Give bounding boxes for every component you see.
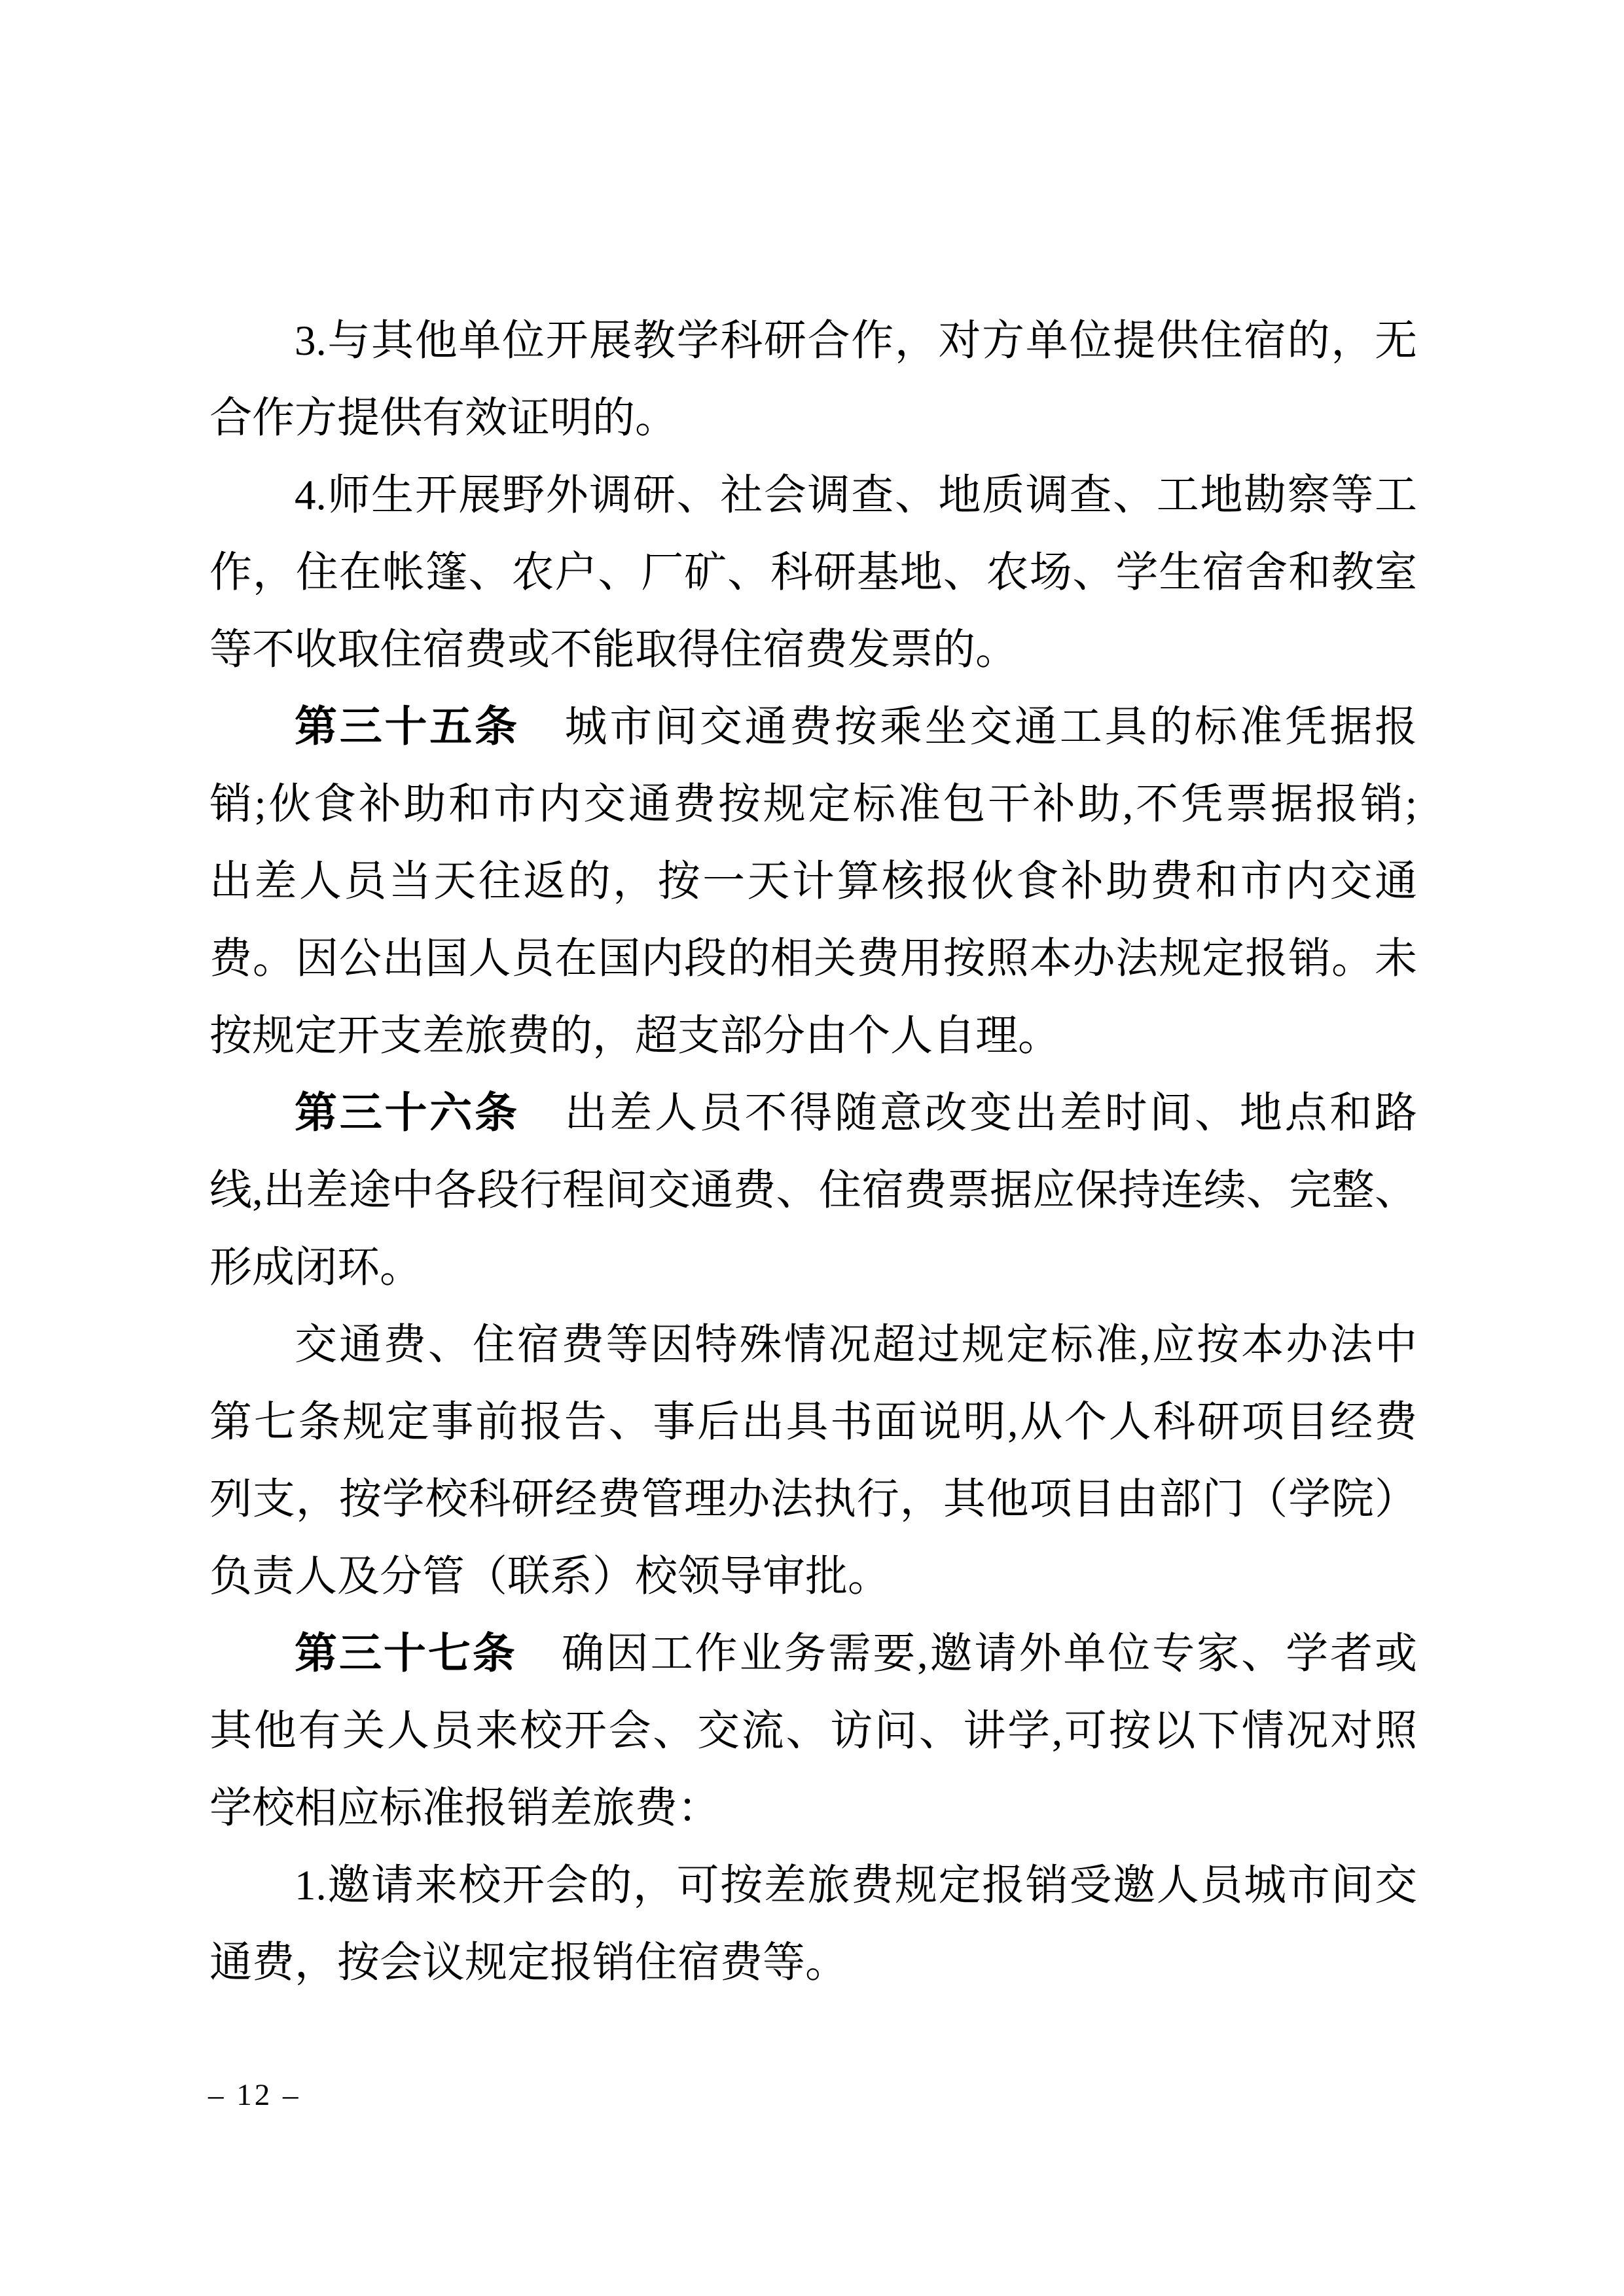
paragraph-line: 第七条规定事前报告、事后出具书面说明,从个人科研项目经费 <box>209 1384 1417 1461</box>
paragraph-line: 等不收取住宿费或不能取得住宿费发票的。 <box>209 611 1417 689</box>
paragraph-line: 通费，按会议规定报销住宿费等。 <box>209 1924 1417 2001</box>
paragraph-line: 1.邀请来校开会的，可按差旅费规定报销受邀人员城市间交 <box>209 1847 1417 1924</box>
paragraph-line: 负责人及分管（联系）校领导审批。 <box>209 1538 1417 1615</box>
article-37-heading: 第三十七条 <box>295 1630 517 1677</box>
paragraph-text: 出差人员不得随意改变出差时间、地点和路 <box>520 1090 1417 1137</box>
paragraph-line: 作，住在帐篷、农户、厂矿、科研基地、农场、学生宿舍和教室 <box>209 534 1417 611</box>
paragraph-line: 销;伙食补助和市内交通费按规定标准包干补助,不凭票据报销; <box>209 766 1417 843</box>
paragraph-line: 费。因公出国人员在国内段的相关费用按照本办法规定报销。未 <box>209 920 1417 997</box>
paragraph-line: 学校相应标准报销差旅费： <box>209 1770 1417 1847</box>
paragraph-line: 第三十六条 出差人员不得随意改变出差时间、地点和路 <box>209 1075 1417 1152</box>
paragraph-line: 3.与其他单位开展教学科研合作，对方单位提供住宿的，无 <box>209 302 1417 380</box>
paragraph-line: 4.师生开展野外调研、社会调查、地质调查、工地勘察等工 <box>209 457 1417 534</box>
document-page: 3.与其他单位开展教学科研合作，对方单位提供住宿的，无 合作方提供有效证明的。 … <box>0 0 1624 2296</box>
paragraph-text: 确因工作业务需要,邀请外单位专家、学者或 <box>517 1630 1417 1677</box>
paragraph-line: 交通费、住宿费等因特殊情况超过规定标准,应按本办法中 <box>209 1306 1417 1384</box>
paragraph-line: 列支，按学校科研经费管理办法执行，其他项目由部门（学院） <box>209 1461 1417 1538</box>
paragraph-line: 出差人员当天往返的，按一天计算核报伙食补助费和市内交通 <box>209 843 1417 920</box>
document-text-block: 3.与其他单位开展教学科研合作，对方单位提供住宿的，无 合作方提供有效证明的。 … <box>209 302 1417 2001</box>
page-number: – 12 – <box>208 2076 301 2114</box>
article-36-heading: 第三十六条 <box>295 1090 520 1137</box>
paragraph-text: 城市间交通费按乘坐交通工具的标准凭据报 <box>520 704 1417 751</box>
paragraph-line: 第三十七条 确因工作业务需要,邀请外单位专家、学者或 <box>209 1615 1417 1693</box>
paragraph-line: 合作方提供有效证明的。 <box>209 380 1417 457</box>
article-35-heading: 第三十五条 <box>295 704 520 751</box>
paragraph-line: 按规定开支差旅费的，超支部分由个人自理。 <box>209 997 1417 1075</box>
paragraph-line: 其他有关人员来校开会、交流、访问、讲学,可按以下情况对照 <box>209 1693 1417 1770</box>
paragraph-line: 线,出差途中各段行程间交通费、住宿费票据应保持连续、完整、 <box>209 1152 1417 1229</box>
paragraph-line: 第三十五条 城市间交通费按乘坐交通工具的标准凭据报 <box>209 689 1417 766</box>
paragraph-line: 形成闭环。 <box>209 1229 1417 1306</box>
